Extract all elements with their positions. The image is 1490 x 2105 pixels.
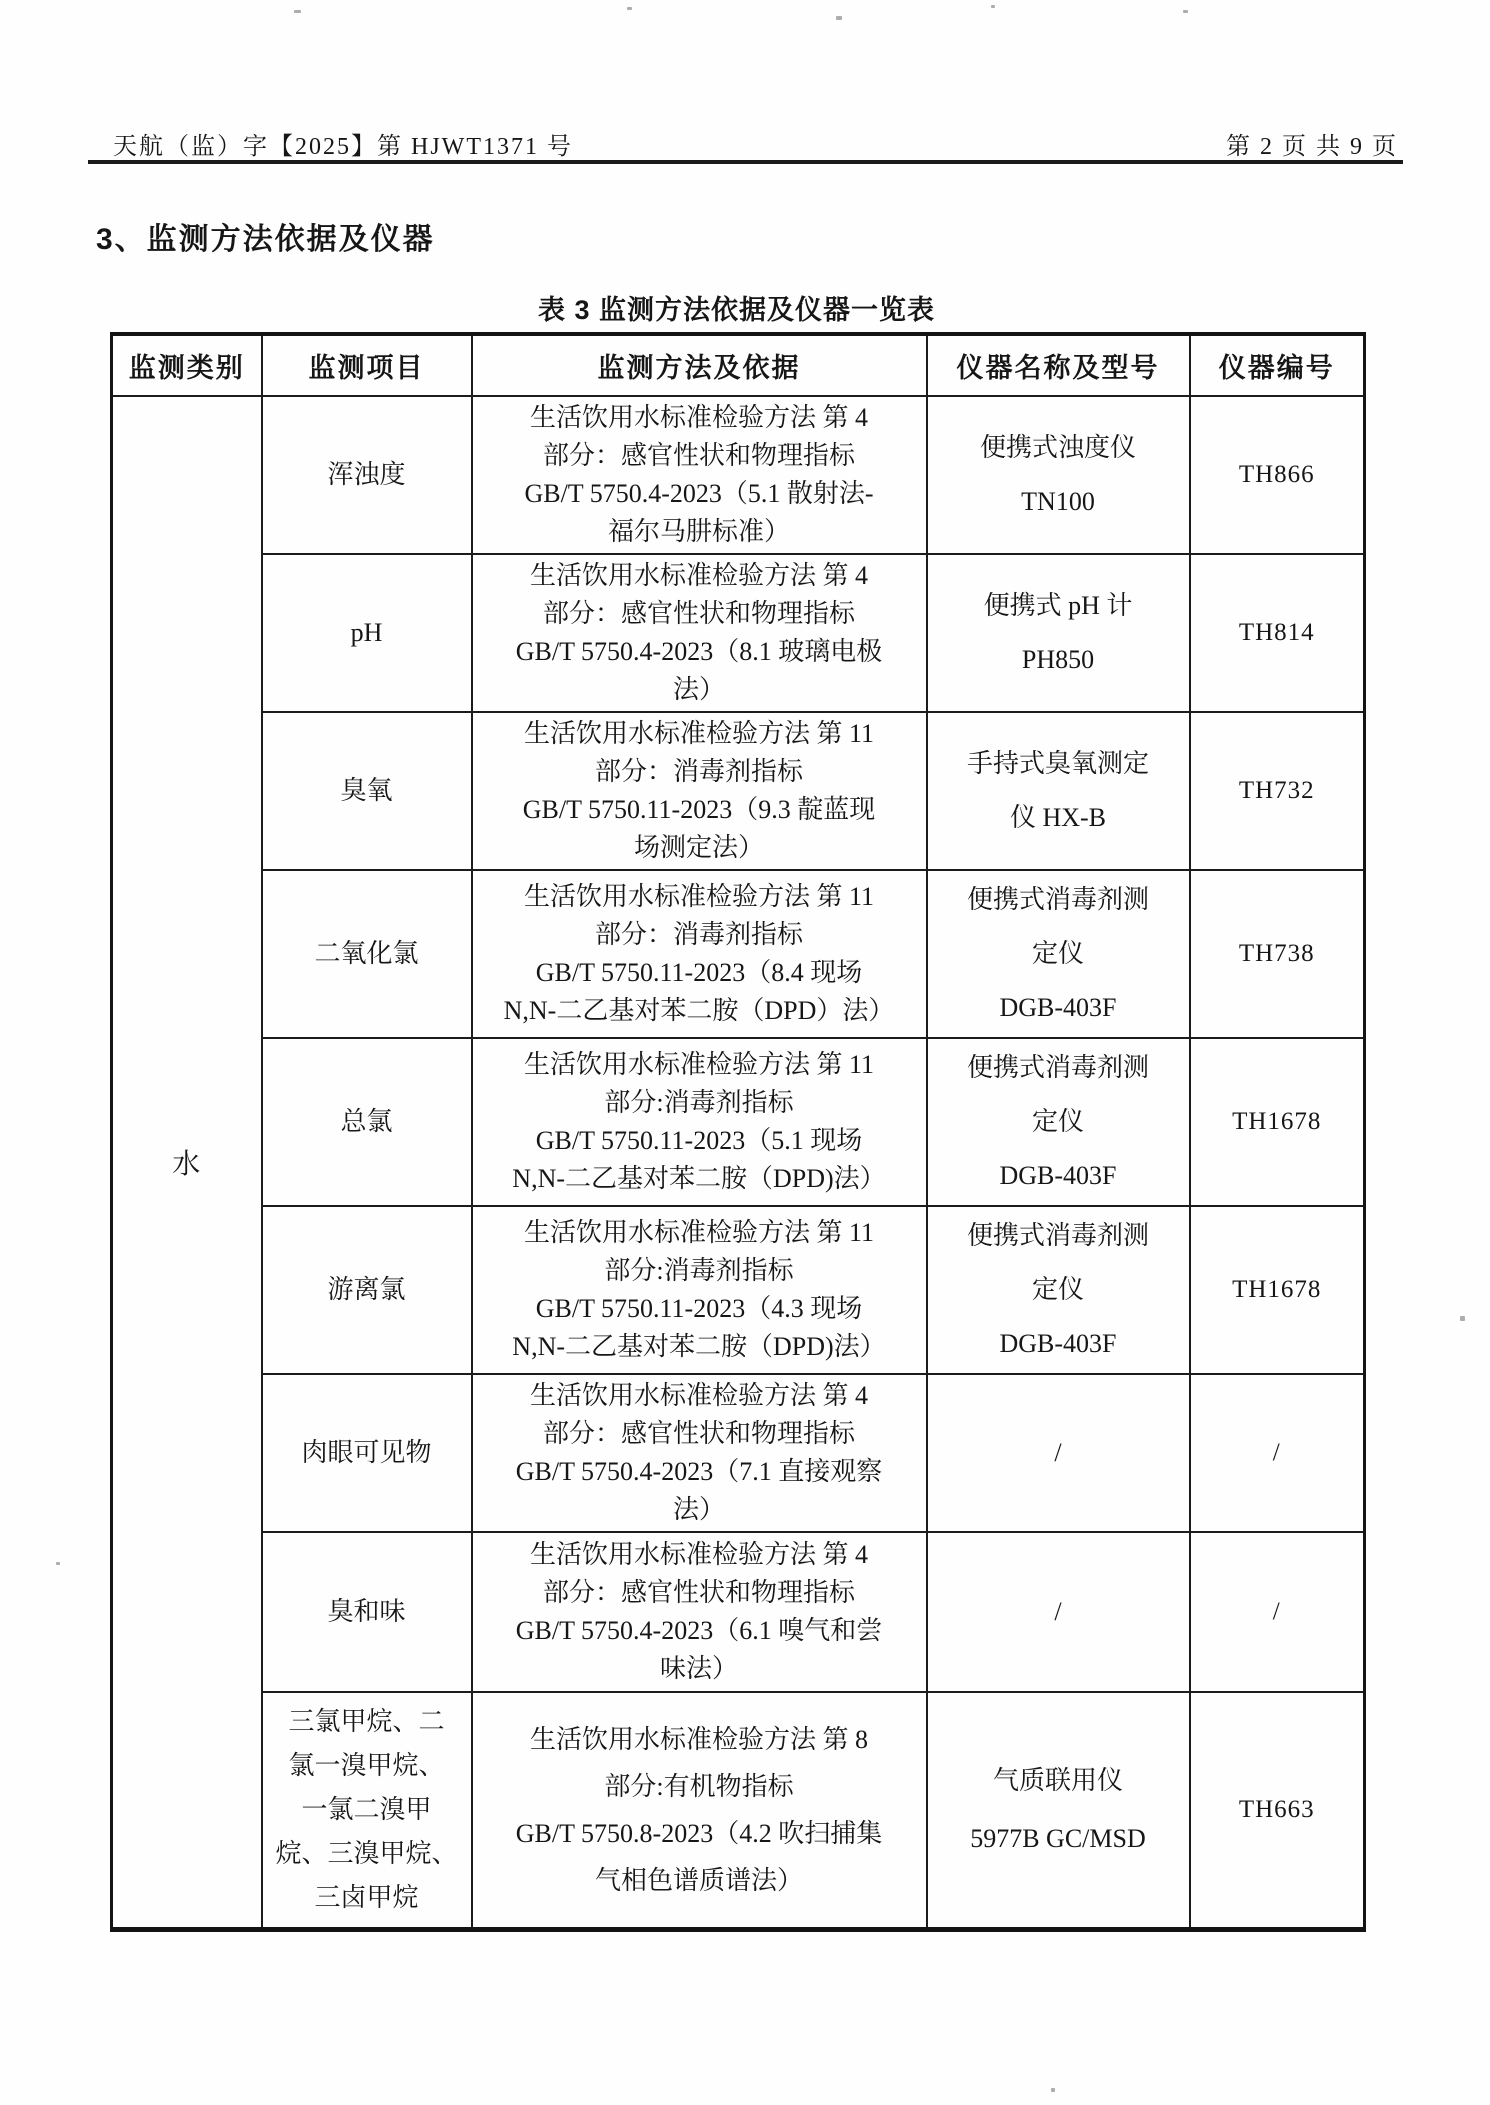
col-header-instrument: 仪器名称及型号: [927, 334, 1190, 396]
table-header-row: 监测类别 监测项目 监测方法及依据 仪器名称及型号 仪器编号: [112, 334, 1365, 396]
col-header-method: 监测方法及依据: [472, 334, 927, 396]
cell-item: 总氯: [262, 1038, 472, 1206]
cell-code: TH1678: [1190, 1206, 1365, 1374]
table-row: 臭氧 生活饮用水标准检验方法 第 11 部分：消毒剂指标 GB/T 5750.1…: [112, 712, 1365, 870]
col-header-code: 仪器编号: [1190, 334, 1365, 396]
cell-code: TH732: [1190, 712, 1365, 870]
table-row: pH 生活饮用水标准检验方法 第 4 部分：感官性状和物理指标 GB/T 575…: [112, 554, 1365, 712]
cell-method: 生活饮用水标准检验方法 第 11 部分：消毒剂指标 GB/T 5750.11-2…: [472, 712, 927, 870]
cell-code: TH738: [1190, 870, 1365, 1038]
cell-code: TH814: [1190, 554, 1365, 712]
document-number: 天航（监）字【2025】第 HJWT1371 号: [113, 126, 573, 161]
scan-speck: [1051, 2088, 1055, 2092]
cell-item: 臭氧: [262, 712, 472, 870]
scan-speck: [294, 10, 301, 13]
table-row: 肉眼可见物 生活饮用水标准检验方法 第 4 部分：感官性状和物理指标 GB/T …: [112, 1374, 1365, 1532]
cell-code: TH1678: [1190, 1038, 1365, 1206]
cell-method: 生活饮用水标准检验方法 第 4 部分：感官性状和物理指标 GB/T 5750.4…: [472, 1532, 927, 1692]
monitoring-methods-table: 监测类别 监测项目 监测方法及依据 仪器名称及型号 仪器编号 水 浑浊度 生活饮…: [110, 332, 1366, 1932]
table-row: 水 浑浊度 生活饮用水标准检验方法 第 4 部分：感官性状和物理指标 GB/T …: [112, 396, 1365, 554]
cell-method: 生活饮用水标准检验方法 第 11 部分：消毒剂指标 GB/T 5750.11-2…: [472, 870, 927, 1038]
cell-item: 浑浊度: [262, 396, 472, 554]
col-header-category: 监测类别: [112, 334, 262, 396]
scan-speck: [627, 7, 632, 10]
cell-item: 肉眼可见物: [262, 1374, 472, 1532]
cell-item: 二氧化氯: [262, 870, 472, 1038]
cell-instrument: 手持式臭氧测定 仪 HX-B: [927, 712, 1190, 870]
section-title: 3、监测方法依据及仪器: [96, 214, 435, 258]
cell-method: 生活饮用水标准检验方法 第 4 部分：感官性状和物理指标 GB/T 5750.4…: [472, 396, 927, 554]
scan-speck: [56, 1562, 60, 1565]
cell-code: /: [1190, 1374, 1365, 1532]
cell-item: 游离氯: [262, 1206, 472, 1374]
page-number: 第 2 页 共 9 页: [1226, 126, 1398, 161]
cell-instrument: 便携式浊度仪 TN100: [927, 396, 1190, 554]
cell-item: pH: [262, 554, 472, 712]
table-row: 游离氯 生活饮用水标准检验方法 第 11 部分:消毒剂指标 GB/T 5750.…: [112, 1206, 1365, 1374]
cell-item: 三氯甲烷、二 氯一溴甲烷、 一氯二溴甲 烷、三溴甲烷、 三卤甲烷: [262, 1692, 472, 1929]
cell-instrument: /: [927, 1374, 1190, 1532]
table-row: 总氯 生活饮用水标准检验方法 第 11 部分:消毒剂指标 GB/T 5750.1…: [112, 1038, 1365, 1206]
scan-speck: [991, 5, 995, 8]
cell-code: /: [1190, 1532, 1365, 1692]
table-caption: 表 3 监测方法依据及仪器一览表: [110, 288, 1363, 327]
cell-code: TH866: [1190, 396, 1365, 554]
cell-instrument: 便携式消毒剂测 定仪 DGB-403F: [927, 870, 1190, 1038]
table-row: 三氯甲烷、二 氯一溴甲烷、 一氯二溴甲 烷、三溴甲烷、 三卤甲烷 生活饮用水标准…: [112, 1692, 1365, 1929]
cell-method: 生活饮用水标准检验方法 第 4 部分：感官性状和物理指标 GB/T 5750.4…: [472, 1374, 927, 1532]
cell-method: 生活饮用水标准检验方法 第 8 部分:有机物指标 GB/T 5750.8-202…: [472, 1692, 927, 1929]
document-page: 天航（监）字【2025】第 HJWT1371 号 第 2 页 共 9 页 3、监…: [0, 0, 1490, 2105]
cell-method: 生活饮用水标准检验方法 第 11 部分:消毒剂指标 GB/T 5750.11-2…: [472, 1038, 927, 1206]
cell-item: 臭和味: [262, 1532, 472, 1692]
cell-instrument: 便携式消毒剂测 定仪 DGB-403F: [927, 1038, 1190, 1206]
cell-instrument: /: [927, 1532, 1190, 1692]
cell-instrument: 便携式 pH 计 PH850: [927, 554, 1190, 712]
cell-method: 生活饮用水标准检验方法 第 4 部分：感官性状和物理指标 GB/T 5750.4…: [472, 554, 927, 712]
col-header-item: 监测项目: [262, 334, 472, 396]
scan-speck: [1460, 1316, 1465, 1321]
cell-instrument: 便携式消毒剂测 定仪 DGB-403F: [927, 1206, 1190, 1374]
cell-instrument: 气质联用仪 5977B GC/MSD: [927, 1692, 1190, 1929]
header-rule: [88, 160, 1403, 164]
scan-speck: [836, 16, 842, 20]
cell-code: TH663: [1190, 1692, 1365, 1929]
cell-method: 生活饮用水标准检验方法 第 11 部分:消毒剂指标 GB/T 5750.11-2…: [472, 1206, 927, 1374]
cell-category-water: 水: [112, 396, 262, 1929]
scan-speck: [1183, 10, 1188, 13]
table-row: 臭和味 生活饮用水标准检验方法 第 4 部分：感官性状和物理指标 GB/T 57…: [112, 1532, 1365, 1692]
table-row: 二氧化氯 生活饮用水标准检验方法 第 11 部分：消毒剂指标 GB/T 5750…: [112, 870, 1365, 1038]
